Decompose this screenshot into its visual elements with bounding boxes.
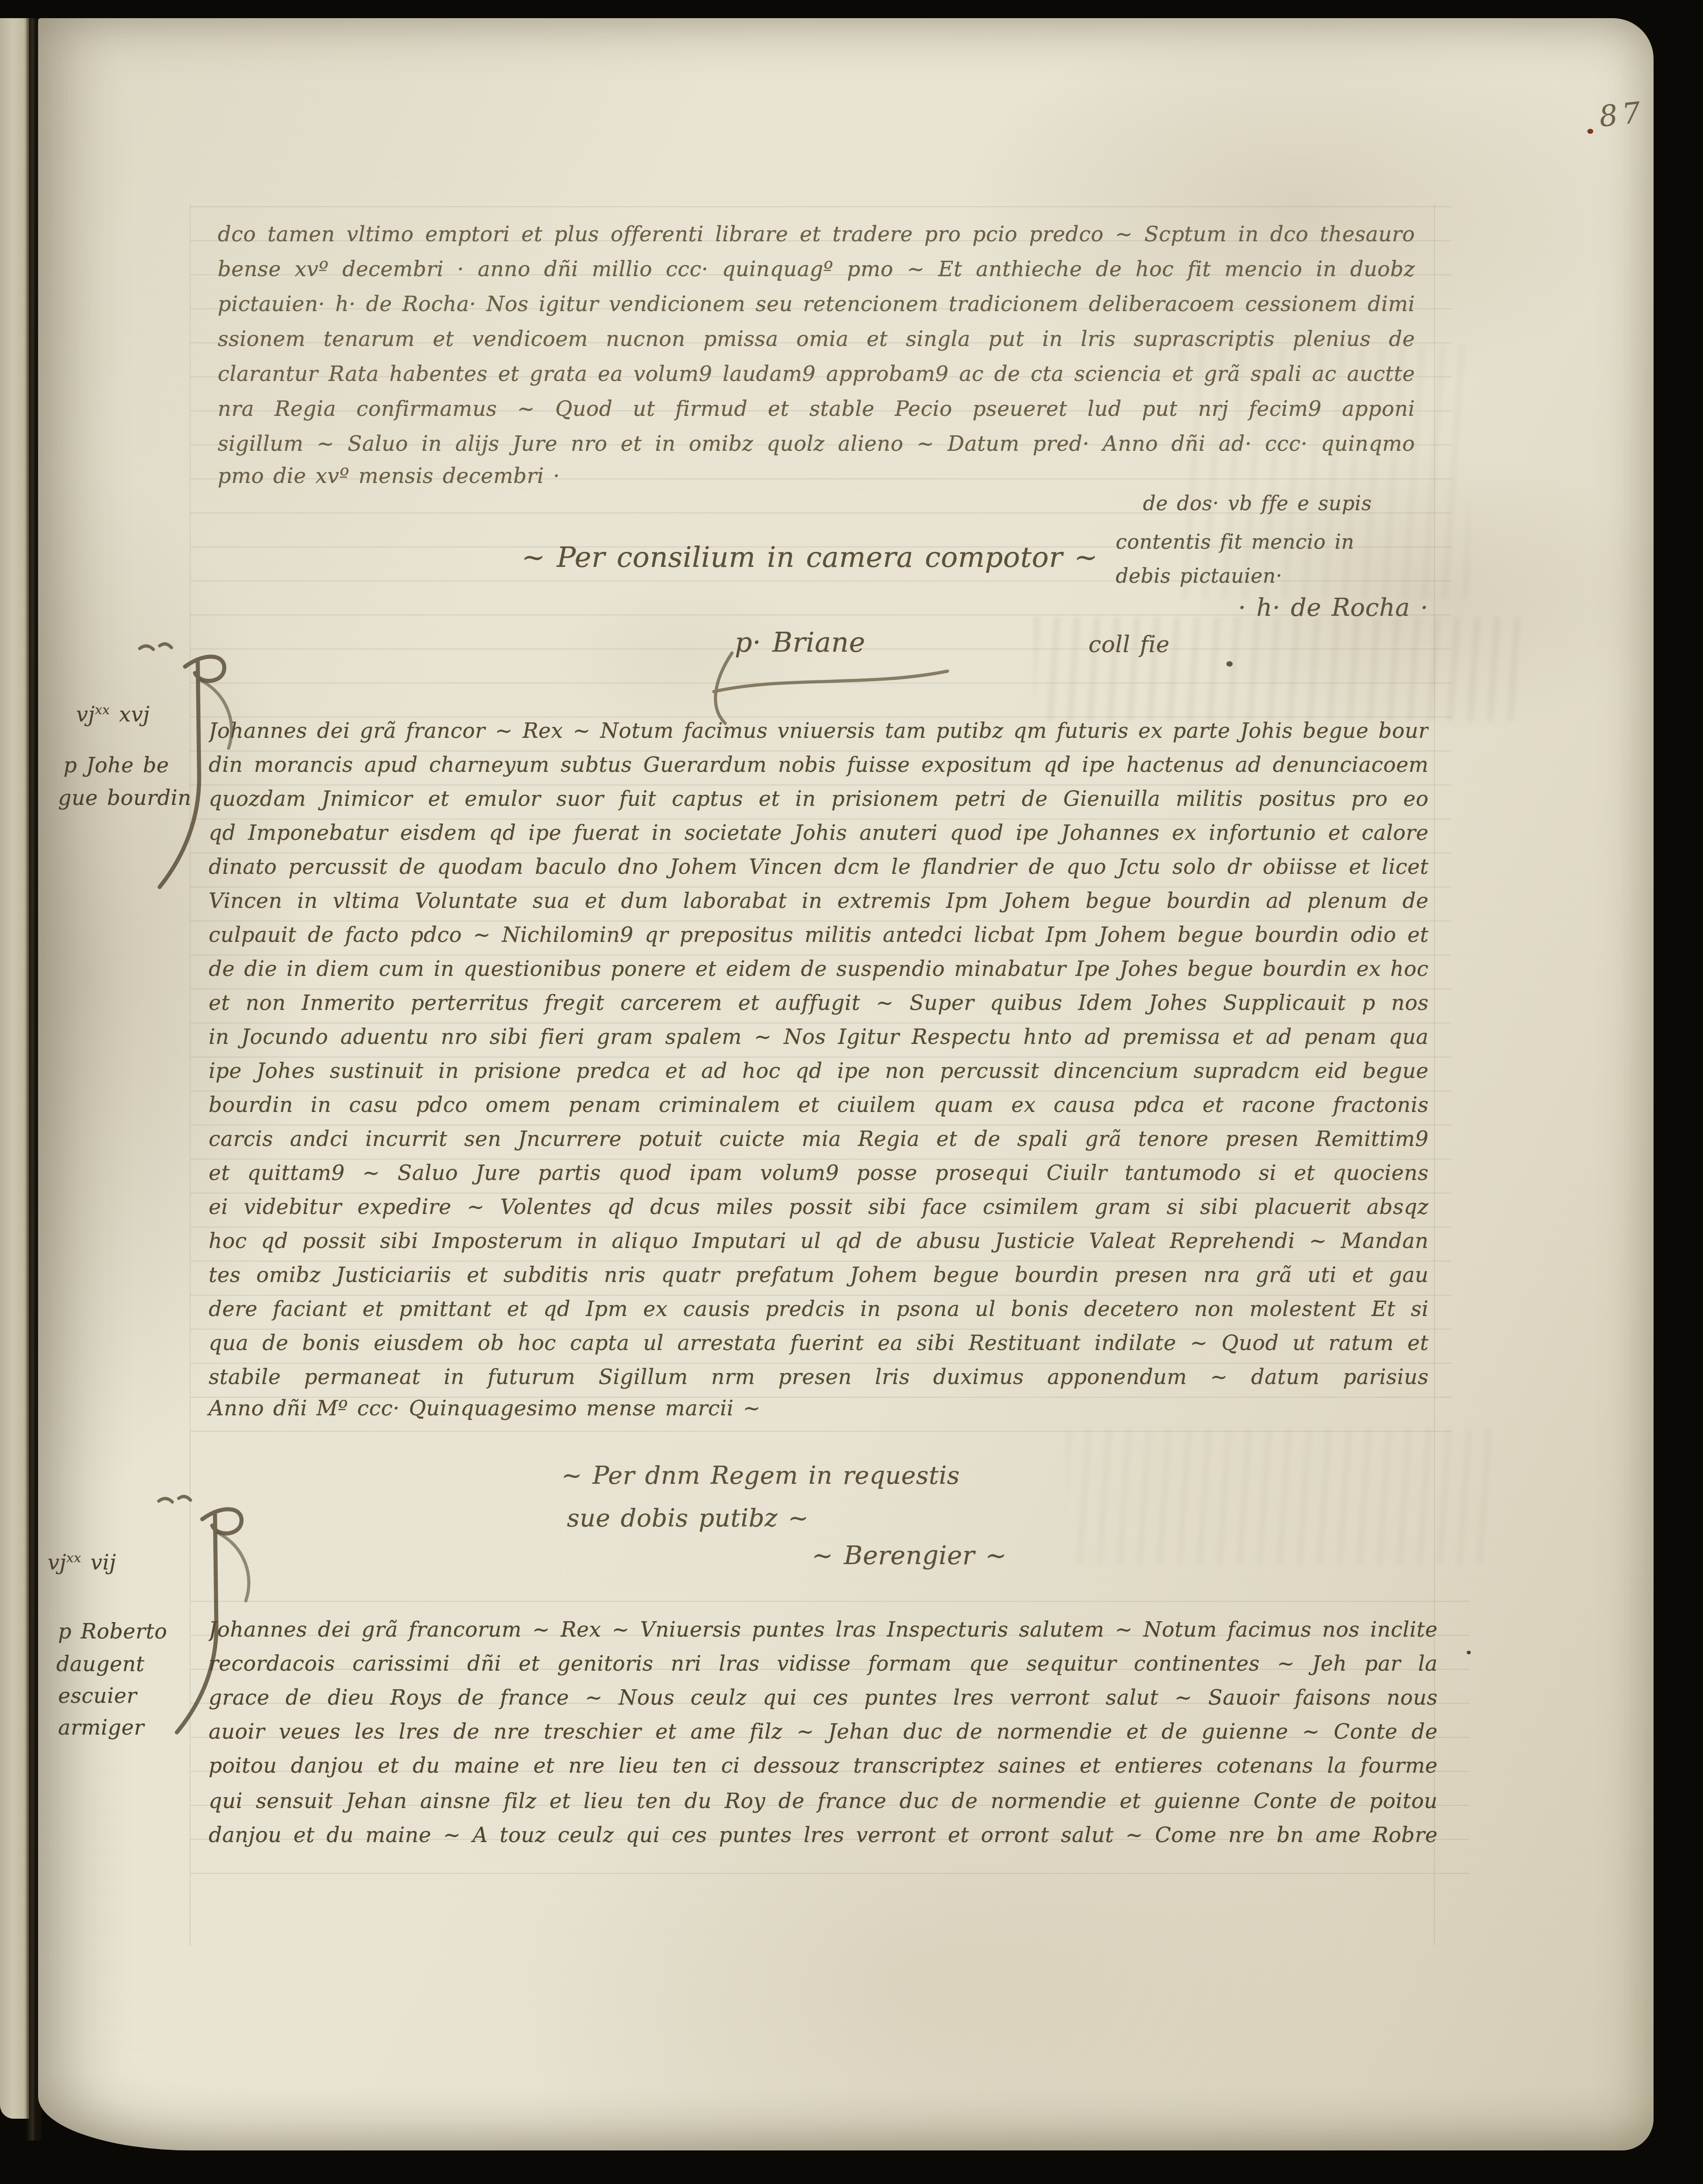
registrar-note-line: de dos· vb ffe e supis [1143,492,1372,515]
manuscript-line: clarantur Rata habentes et grata ea volu… [218,359,1415,391]
margin-number-sup: xx [95,702,110,717]
act-text-line: danjou et du maine ~ A touz ceulz qui ce… [209,1820,1438,1852]
collation-note: coll fie [1088,631,1170,658]
act-text-line: culpauit de facto pdco ~ Nichilomin9 qr … [209,920,1429,952]
margin-attribution-line: escuier [58,1683,137,1708]
act-text-line: de die in diem cum in questionibus poner… [209,954,1429,986]
facing-page-edge [0,10,29,2119]
act-text-line: poitou danjou et du maine et nre lieu te… [209,1750,1438,1783]
closing-formula-line: ~ Per dnm Regem in requestis [561,1461,960,1490]
act-text-line: Johannes dei grã francor ~ Rex ~ Notum f… [209,716,1429,748]
photo-frame [0,2150,1703,2184]
act-text-line: auoir veues les lres de nre treschier et… [209,1716,1438,1749]
manuscript-line: pictauien· h· de Rocha· Nos igitur vendi… [218,289,1415,322]
margin-attribution-line: daugent [56,1652,145,1676]
act-text-line: recordacois carissimi dñi et genitoris n… [209,1648,1438,1681]
act-text-line: quozdam Jnimicor et emulor suor fuit cap… [209,784,1429,816]
act-text-line: hoc qd possit sibi Imposterum in aliquo … [209,1226,1429,1258]
photo-frame [0,0,1703,18]
registrar-signature: · h· de Rocha · [1238,593,1428,622]
act-text-line: din morancis apud charneyum subtus Guera… [209,750,1429,782]
manuscript-line: nra Regia confirmamus ~ Quod ut firmud e… [218,394,1415,426]
margin-number-sup: xx [66,1550,81,1565]
act-text-line: et non Inmerito perterritus fregit carce… [209,988,1429,1020]
ink-showthrough [1066,1428,1497,1565]
act-text-line: ei videbitur expedire ~ Volentes qd dcus… [209,1192,1429,1224]
act-text-line: tes omibz Justiciariis et subditis nris … [209,1260,1429,1292]
margin-number-rest: vij [91,1550,116,1575]
margin-number-base: vj [76,702,95,726]
act-text-line: Anno dñi Mº ccc· Quinquagesimo mense mar… [209,1396,761,1420]
manuscript-line: pmo die xvº mensis decembri · [218,463,560,488]
registrar-note-line: contentis fit mencio in [1116,531,1354,554]
folio-number: 87 [1597,96,1647,134]
book-fore-edge [1654,12,1703,2150]
act-text-line: qui sensuit Jehan ainsne filz et lieu te… [209,1786,1438,1818]
ink-speck [1226,661,1233,667]
margin-act-number: vjxx vij [48,1550,116,1575]
act-text-line: dere faciant et pmittant et qd Ipm ex ca… [209,1294,1429,1326]
act-text-line: ipe Johes sustinuit in prisione predca e… [209,1056,1429,1088]
manuscript-line: ssionem tenarum et vendicoem nucnon pmis… [218,324,1415,356]
closing-formula-line: sue dobis putibz ~ [567,1504,809,1532]
manuscript-line: dco tamen vltimo emptori et plus offeren… [218,219,1415,252]
act-text-line: dinato percussit de quodam baculo dno Jo… [209,852,1429,884]
registrar-note-line: debis pictauien· [1116,565,1283,588]
act-text-line: bourdin in casu pdco omem penam criminal… [209,1090,1429,1122]
act-text-line: et quittam9 ~ Saluo Jure partis quod ipa… [209,1158,1429,1190]
margin-number-base: vj [48,1550,66,1575]
act-text-line: grace de dieu Roys de france ~ Nous ceul… [209,1682,1438,1715]
margin-attribution-line: armiger [58,1715,144,1740]
act-text-line: stabile permaneat in futurum Sigillum nr… [209,1362,1429,1394]
act-text-line: Johannes dei grã francorum ~ Rex ~ Vniue… [209,1614,1438,1647]
chancery-signature: ~ Berengier ~ [812,1541,1007,1570]
act-text-line: carcis andci incurrit sen Jncurrere potu… [209,1124,1429,1156]
ink-speck [1587,129,1593,134]
act-text-line: in Jocundo aduentu nro sibi fieri gram s… [209,1022,1429,1054]
chancery-warrant-heading: ~ Per consilium in camera compotor ~ [522,541,1098,574]
manuscript-line: bense xvº decembri · anno dñi millio ccc… [218,254,1415,287]
manuscript-line: sigillum ~ Saluo in alijs Jure nro et in… [218,429,1415,461]
ink-speck [1467,1651,1471,1654]
act-text-line: qua de bonis eiusdem ob hoc capta ul arr… [209,1328,1429,1360]
act-text-line: qd Imponebatur eisdem qd ipe fuerat in s… [209,818,1429,850]
act-text-line: Vincen in vltima Voluntate sua et dum la… [209,886,1429,918]
manuscript-page: 87 dco tamen vltimo emptori et plus offe… [38,18,1654,2150]
